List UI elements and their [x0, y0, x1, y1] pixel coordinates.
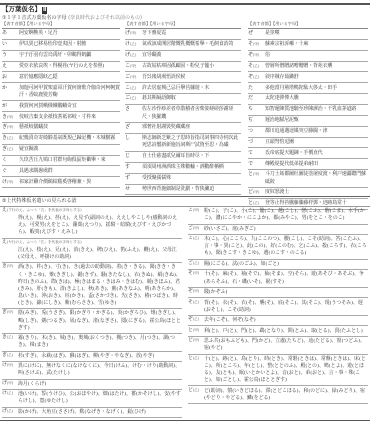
- kana-cell: ご(甲): [125, 74, 142, 81]
- kana-subtype: (甲): [193, 208, 199, 212]
- entry-words: 得(え)、榎(え)、荏(え)、え見ず(副詞のえ)、ええしやこしや(感動詞のええ)…: [2, 215, 182, 236]
- kana-cell: こ(甲): [125, 63, 142, 70]
- kana-label: さ: [125, 106, 130, 112]
- character-list: 蘇素宗祖泝噸・十麻: [265, 41, 368, 48]
- character-list: 疑宜擬義: [19, 146, 120, 153]
- entry-line: ど(乙)ど(助詞)、憤(いきどほる)、滞(とどこほる)、和(のどに)、緑(みどり…: [188, 388, 368, 402]
- kana-cell: す: [125, 164, 142, 171]
- kana-cell: こ(乙): [125, 85, 142, 92]
- word-entry: ぞ(乙)去年(こぞ)、何ぞ(なぞ): [188, 316, 368, 326]
- kana-subtype: (乙): [193, 317, 199, 321]
- table-row: じ自士仕慈盡貳兒爾耳旨時尽・下: [125, 152, 241, 163]
- kana-label: づ: [248, 139, 253, 145]
- kana-label: て: [248, 150, 253, 156]
- kana-label: う: [2, 52, 7, 58]
- kana-subtype: (甲): [130, 75, 136, 79]
- kana-cell: て: [248, 150, 265, 157]
- kana-subtype: (乙): [253, 201, 259, 205]
- kana-cell: と(甲): [248, 171, 265, 186]
- entry-words: 池(いけ)、誓(うけひ)、公(おほやけ)、畑(はたけ)、蓄(かそけし)、安(やす…: [18, 391, 182, 405]
- kana-cell: け(甲): [2, 179, 19, 186]
- entry-words: 思ふ共(おもふども)、門(かど)、立處(たちど)、辿(たどる)、窗(つどふ)、宿…: [204, 338, 368, 352]
- kana-cell: ぞ(乙): [248, 74, 265, 81]
- kana-subtype: (ヤ行のえ。ふつう「江」を代表の字母とする): [7, 240, 82, 244]
- kana-subtype: (甲): [7, 180, 13, 184]
- kana-cell: た: [248, 85, 265, 92]
- character-list: 佐左沙作紗差者草散積者舍柴娑嵯磋莎謝瑳尺・狭羅鐖: [142, 106, 241, 121]
- kana-subtype: (甲): [253, 190, 259, 194]
- character-list: 曾層所僧贈諸噌贈贈・背苑衣襲: [265, 63, 368, 70]
- table-row: く久玖苦丘九鳩口君群句絢俱區矩衢擧・來: [2, 156, 120, 167]
- entry-heading: ど(乙): [188, 388, 204, 402]
- table-row: ぜ是筮噬: [248, 29, 368, 40]
- entry-line: ぎ(乙)杉(すぎ)、永萩(はぎ)、蘇(はぎ)、柳(やぎ・やなぎ)、放(やぎ): [2, 353, 182, 360]
- entry-heading: け(甲): [2, 363, 18, 377]
- kana-subtype: (乙): [130, 42, 136, 46]
- character-list: 都川追通邁途媒突豆藤闘・津: [265, 128, 368, 135]
- kana-cell: ず: [125, 175, 142, 182]
- entry-line: そ(乙)背(そ)、衣(そ)、衣(そ)、襲(そ)、底(そこ)、其(そこ)、現(うつ…: [188, 300, 368, 314]
- character-list: 許去居虚興己忌巨擧莒據遊・木: [142, 85, 241, 92]
- kana-label: ぜ: [248, 30, 253, 36]
- entry-words: 賤(かぞふ): [204, 289, 368, 296]
- character-list: 豆頭弩豹逗團: [265, 139, 368, 146]
- kana-subtype: (甲): [7, 310, 13, 314]
- character-list: 多他當丹黨塔鴨陀駄大侈太・田手: [265, 85, 368, 92]
- kana-label: ず: [125, 175, 130, 181]
- table1-column-2: 【表す音節】【用いる字母】 げ(甲)牙下雅夏霓け(乙)氣戒該成開居階慨乳概慨希擧…: [125, 21, 241, 195]
- entry-heading: ぎ(乙): [2, 353, 18, 360]
- word-entry: え(ア行のえ。ふつう「衣」を代表の字母とする)得(え)、榎(え)、荏(え)、え見…: [2, 207, 182, 239]
- kana-cell: ぜ: [248, 30, 265, 37]
- kana-subtype: (乙): [193, 388, 199, 392]
- entry-heading: け(乙): [2, 391, 18, 405]
- table-row: し斯志師新芝紫之子思時旨指司詞事四寺伺次此死思詩璽新新施旨詞斯尸試資至思・為礒: [125, 134, 241, 152]
- table-row: だ太陀達彈憚大騰: [248, 94, 368, 105]
- kana-cell: あ: [2, 30, 19, 37]
- kana-cell: ぞ(甲): [248, 52, 265, 59]
- entry-heading: げ(乙): [2, 409, 18, 416]
- kana-label: ぢ: [248, 117, 253, 123]
- dictionary-page: 【万葉仮名】Ⅱ ①１字１音式万葉仮名の字母 (奈良時代およびそれ以前のもの) 【…: [0, 0, 370, 426]
- word-entry: け(甲)異に(けに)、無けなくに(なけなくに)、今日(けふ)、けむ・けり(助動詞…: [2, 362, 182, 380]
- character-list: 遲治地膩尼泥甄: [265, 117, 368, 124]
- table-row: ぞ(乙)敍序賊存茹鋤舒: [248, 72, 368, 83]
- kana-label: が: [2, 103, 7, 109]
- table2-left-column: え(ア行のえ。ふつう「衣」を代表の字母とする)得(え)、榎(え)、荏(え)、え見…: [2, 207, 182, 418]
- kana-cell: で: [248, 161, 265, 168]
- character-list: 牙下雅夏霓: [142, 30, 241, 37]
- entry-heading: こ(乙): [188, 236, 204, 257]
- table-row: ぎ(乙)疑宜擬義: [2, 145, 120, 156]
- section-2-heading: ②上代特殊仮名遣いの見られる語: [2, 198, 76, 205]
- kana-label: だ: [248, 95, 253, 101]
- table-row: づ豆頭弩豹逗團: [248, 138, 368, 149]
- word-entry: ど(甲)思ふ共(おもふども)、門(かど)、立處(たちど)、辿(たどる)、窗(つど…: [188, 337, 368, 355]
- kana-subtype: (甲): [193, 328, 199, 332]
- column-header: 【表す音節】【用いる字母】: [248, 21, 368, 29]
- entry-heading: ど(甲): [188, 338, 204, 352]
- entry-heading: ぞ(甲): [188, 289, 204, 296]
- character-list: 紀幾貴奇寄綺騎基氣既規己歸記機・木城樹霧: [19, 135, 120, 142]
- top-rule: [0, 3, 370, 5]
- entry-words: 海月(くらげ): [18, 381, 182, 388]
- entry-line: こ(甲)粉(こ)、子(こ)、小(こ)、籠(こ)、越(こし)、戀(こふ)、駒(こま…: [188, 208, 368, 222]
- table-row: ど(甲)度奴怒渡土: [248, 188, 368, 199]
- table-row: ぞ(甲)俗: [248, 51, 368, 62]
- entry-words: 十(そ)、麻(そ)、袖(そで)、杣(そま)、空(そら)、遊(あそび・あそぶ)、争…: [204, 271, 368, 285]
- character-list: 意於憶應隱飫乙隠: [19, 74, 120, 81]
- table-row: ご(甲)吾呉後胡虞悟誤侯候: [125, 72, 241, 83]
- entry-heading: き(甲): [2, 264, 18, 307]
- entry-line: け(甲)異に(けに)、無けなくに(なけなくに)、今日(けふ)、けむ・けり(助動詞…: [2, 363, 182, 377]
- kana-label: く: [2, 157, 7, 163]
- table-row: お意於憶應隱飫乙隠: [2, 72, 120, 83]
- entry-words: 杉(すぎ)、永萩(はぎ)、蘇(はぎ)、柳(やぎ・やなぎ)、放(やぎ): [18, 353, 182, 360]
- table-row: た多他當丹黨塔鴨陀駄大侈太・田手: [248, 83, 368, 94]
- entry-line: こ(乙)木(こ)、心(こころ)、九(ここのつ)、腰(こし)、こそ(助詞)、答(こ…: [188, 236, 368, 257]
- character-list: 久玖苦丘九鳩口君群句絢俱區矩衢擧・來: [19, 157, 120, 164]
- table-row: で傳殿堤提代低弟提弟耐田: [248, 159, 368, 170]
- kana-label: ぐ: [2, 168, 7, 174]
- entry-line: ご(乙)閥(にごる)、試(のごふ)、如(ごと): [188, 261, 368, 268]
- kana-subtype: (乙): [7, 147, 13, 151]
- character-list: 阿安婀鞅英・足吾: [19, 30, 120, 37]
- title-text: 【万葉仮名】: [2, 5, 41, 13]
- entry-words: 砂(いさご)、庭(みぎご): [204, 226, 368, 233]
- word-entry: と(乙)十(と)、跡(と)、鳥(とり)、時(とき)、常磐(ときは)、常盤(ときは…: [188, 355, 368, 387]
- kana-cell: げ(乙): [125, 52, 142, 59]
- kana-cell: か: [2, 85, 19, 100]
- table-row: き(乙)紀幾貴奇寄綺騎基氣既規己歸記機・木城樹霧: [2, 134, 120, 145]
- kana-cell: ぢ: [248, 117, 265, 124]
- kana-cell: げ(甲): [125, 30, 142, 37]
- kana-label: い: [2, 41, 7, 47]
- character-list: 宇于汙羽有雲烏禹紆・卯鵜得飢鸕: [19, 52, 120, 59]
- kana-cell: じ: [125, 153, 142, 160]
- kana-subtype: (甲): [130, 64, 136, 68]
- table-row: ず受授聚孺儒殊: [125, 174, 241, 185]
- word-entry: ご(甲)砂(いさご)、庭(みぎご): [188, 225, 368, 235]
- table-row: う宇于汙羽有雲烏禹紆・卯鵜得飢鸕: [2, 51, 120, 62]
- kana-cell: き(甲): [2, 114, 19, 121]
- entry-line: と(乙)十(と)、跡(と)、鳥(とり)、時(とき)、常磐(ときは)、常盤(ときは…: [188, 356, 368, 384]
- kana-label: せ: [125, 186, 130, 192]
- table-row: げ(乙)宜导礙義: [125, 51, 241, 62]
- kana-subtype: (甲): [7, 115, 13, 119]
- entry-heading: ご(甲): [188, 226, 204, 233]
- character-list: 宜导礙義: [142, 52, 241, 59]
- character-list: 祁家計雞介價鷄結谿奚啓稽兼・異: [19, 179, 120, 186]
- table-row: け(甲)祁家計雞介價鷄結谿奚啓稽兼・異: [2, 177, 120, 188]
- kana-label: し: [125, 135, 130, 141]
- kana-label: つ: [248, 128, 253, 134]
- word-entry: こ(乙)木(こ)、心(こころ)、九(ここのつ)、腰(こし)、こそ(助詞)、答(こ…: [188, 235, 368, 260]
- character-list: 須須周州洲酒珠主殊數輸・酒數酢栖栖: [142, 164, 241, 171]
- character-list: 我賀何河賀峨俄餓鵝蛾奇宜: [19, 103, 120, 110]
- divider: [0, 196, 370, 197]
- kana-subtype: (乙): [193, 236, 199, 240]
- word-entry: け(乙)池(いけ)、誓(うけひ)、公(おほやけ)、畑(はたけ)、蓄(かそけし)、…: [2, 390, 182, 408]
- kana-subtype: (乙): [7, 409, 13, 413]
- table-row: そ(乙)曾層所僧贈諸噌贈贈・背苑衣襲: [248, 62, 368, 73]
- entry-words: 背(そ)、衣(そ)、衣(そ)、襲(そ)、底(そこ)、其(そこ)、現(うつそみ)、…: [204, 300, 368, 314]
- character-list: 愛亞衣依哀埃・得榎荏(ヤ行のえを参照): [19, 63, 120, 70]
- table-row: が我賀何河賀峨俄餓鵝蛾奇宜: [2, 101, 120, 112]
- entry-words: 陰(みぎ)、兎(うさぎ)、限(かぎり・かぎる)、炎(かぎろひ)、雉(きぎし)、鴫…: [18, 310, 182, 331]
- kana-cell: え: [2, 63, 19, 70]
- character-list: 敍序賊存茹鋤舒: [265, 74, 368, 81]
- entry-line: そ(甲)十(そ)、麻(そ)、袖(そで)、杣(そま)、空(そら)、遊(あそび・あそ…: [188, 271, 368, 285]
- table-row: げ(甲)牙下雅夏霓: [125, 29, 241, 40]
- entry-line: ど(甲)思ふ共(おもふども)、門(かど)、立處(たちど)、辿(たどる)、窗(つど…: [188, 338, 368, 352]
- table-row: ち知智遲陳質池馳至珍陳謬治・千乳血茅道路: [248, 105, 368, 116]
- table-row: て氐帝底提天題錬・手價直代: [248, 148, 368, 159]
- table1-column-1: 【表す音節】【用いる字母】 あ阿安婀鞅英・足吾い伊以異已移易怡印壹夷因・射膽う宇…: [2, 21, 120, 188]
- kana-cell: お: [2, 74, 19, 81]
- word-entry: こ(甲)粉(こ)、子(こ)、小(こ)、籠(こ)、越(こし)、戀(こふ)、駒(こま…: [188, 207, 368, 225]
- word-entry: ぞ(甲)賤(かぞふ): [188, 288, 368, 298]
- kana-label: た: [248, 85, 253, 91]
- character-list: 自士仕慈盡貳兒爾耳旨時尽・下: [142, 153, 241, 160]
- kana-subtype: (乙): [7, 353, 13, 357]
- kana-subtype: (甲): [253, 42, 259, 46]
- entry-words: 粉(こ)、子(こ)、小(こ)、籠(こ)、越(こし)、戀(こふ)、駒(こま)、水手…: [204, 208, 368, 222]
- kana-label: あ: [2, 30, 7, 36]
- kana-label: で: [248, 161, 253, 167]
- word-entry: そ(甲)十(そ)、麻(そ)、袖(そで)、杣(そま)、空(そら)、遊(あそび・あそ…: [188, 270, 368, 288]
- table-row: ざ邪奢社射謝裝奘藏藏座: [125, 123, 241, 134]
- table-row: せ勢世西背施細制是洗劃・背狭瀨迫: [125, 185, 241, 196]
- kana-cell: さ: [125, 106, 142, 121]
- kana-cell: く: [2, 157, 19, 164]
- kana-subtype: (ア行のえ。ふつう「衣」を代表の字母とする): [7, 208, 82, 212]
- entry-words: 十(と)、跡(と)、鳥(とり)、時(とき)、常磐(ときは)、常盤(ときは)、床(…: [204, 356, 368, 384]
- entry-words: 去年(こぞ)、何ぞ(なぞ): [204, 317, 368, 324]
- bottom-rule: [0, 420, 370, 421]
- kana-label: す: [125, 164, 130, 170]
- table-row: す須須周州洲酒珠主殊數輸・酒數酢栖栖: [125, 163, 241, 174]
- table1-column-3: 【表す音節】【用いる字母】 ぜ是筮噬そ(甲)蘇素宗祖泝噸・十麻ぞ(甲)俗そ(乙)…: [248, 21, 368, 210]
- table-row: こ(甲)古故姑枯庫固孤顧固・粉兒子籠小: [125, 62, 241, 73]
- kana-cell: ぐ: [2, 168, 19, 175]
- table-row: つ都川追通邁途媒突豆藤闘・津: [248, 127, 368, 138]
- column-header: 【表す音節】【用いる字母】: [2, 21, 120, 29]
- entry-heading: こ(甲): [188, 208, 204, 222]
- kana-subtype: (甲): [193, 289, 199, 293]
- entry-heading: え(ヤ行のえ。ふつう「江」を代表の字母とする): [2, 240, 182, 247]
- word-entry: ご(乙)閥(にごる)、試(のごふ)、如(ごと): [188, 260, 368, 270]
- kana-subtype: (乙): [193, 356, 199, 360]
- entry-line: ぎ(甲)陰(みぎ)、兎(うさぎ)、限(かぎり・かぎる)、炎(かぎろひ)、雉(きぎ…: [2, 310, 182, 331]
- character-list: 吾呉後胡虞悟誤侯候: [142, 74, 241, 81]
- title-mark: Ⅱ: [42, 7, 47, 14]
- kana-subtype: (甲): [7, 125, 13, 129]
- entry-line: ぞ(甲)賤(かぞふ): [188, 289, 368, 296]
- kana-cell: ご(乙): [125, 95, 142, 102]
- kana-cell: そ(甲): [248, 41, 265, 48]
- kana-cell: ぎ(甲): [2, 124, 19, 131]
- kana-subtype: (乙): [130, 96, 136, 100]
- entry-words: ど(助詞)、憤(いきどほる)、滞(とどこほる)、和(のどに)、緑(みどり)、宿(…: [204, 388, 368, 402]
- kana-cell: づ: [248, 139, 265, 146]
- kana-cell: だ: [248, 95, 265, 102]
- kana-label: え: [2, 63, 7, 69]
- character-list: 俗: [265, 52, 368, 59]
- entry-heading: そ(乙): [188, 300, 204, 314]
- table-row: え愛亞衣依哀埃・得榎荏(ヤ行のえを参照): [2, 62, 120, 73]
- kana-subtype: (乙): [253, 64, 259, 68]
- word-entry: ぎ(乙)杉(すぎ)、永萩(はぎ)、蘇(はぎ)、柳(やぎ・やなぎ)、放(やぎ): [2, 352, 182, 362]
- character-list: 古故姑枯庫固孤顧固・粉兒子籠小: [142, 63, 241, 70]
- word-entry: え(ヤ行のえ。ふつう「江」を代表の字母とする)江(え)、枝(え)、兄(え)、消(…: [2, 239, 182, 264]
- kana-cell: け(乙): [125, 41, 142, 48]
- entry-line: き(乙)霧(きり)、木(き)、城(き)、奥城(おくつき)、槻(つき)、月(つき)…: [2, 335, 182, 349]
- entry-words: 異に(けに)、無けなくに(なけなくに)、今日(けふ)、けむ・けり(助動詞)、叫(…: [18, 363, 182, 377]
- kana-cell: し: [125, 135, 142, 150]
- word-entry: き(乙)霧(きり)、木(き)、城(き)、奥城(おくつき)、槻(つき)、月(つき)…: [2, 334, 182, 352]
- table-row: ご(乙)碁其期凝語御馭: [125, 94, 241, 105]
- character-list: 藝祇岐儀蟻技: [19, 124, 120, 131]
- kana-cell: う: [2, 52, 19, 59]
- kana-label: じ: [125, 153, 130, 159]
- entry-heading: と(乙): [188, 356, 204, 384]
- entry-line: ご(甲)砂(いさご)、庭(みぎご): [188, 226, 368, 233]
- entry-heading: き(乙): [2, 335, 18, 349]
- character-list: 伊以異已移易怡印壹夷因・射膽: [19, 41, 120, 48]
- table-row: け(乙)氣戒該成開居階慨乳概慨希擧・毛飼食消笥: [125, 40, 241, 51]
- character-list: 太陀達彈憚大騰: [265, 95, 368, 102]
- table-row: ぎ(甲)藝祇岐儀蟻技: [2, 123, 120, 134]
- kana-subtype: (甲): [7, 381, 13, 385]
- kana-cell: ざ: [125, 124, 142, 131]
- character-list: 勢世西背施細制是洗劃・背狭瀨迫: [142, 186, 241, 193]
- entry-line: げ(甲)海月(くらげ): [2, 381, 182, 388]
- word-entry: ど(乙)ど(助詞)、憤(いきどほる)、滞(とどこほる)、和(のどに)、緑(みどり…: [188, 386, 368, 404]
- table2-right-column: こ(甲)粉(こ)、子(こ)、小(こ)、籠(こ)、越(こし)、戀(こふ)、駒(こま…: [188, 207, 368, 404]
- character-list: 是筮噬: [265, 30, 368, 37]
- entry-words: 酒(き)、杵(き)、寸(き)、き(過去の助動詞)、着(き・きる)、聞(きき・きく…: [18, 264, 182, 307]
- kana-subtype: (乙): [7, 136, 13, 140]
- character-list: 受授聚孺儒殊: [142, 175, 241, 182]
- kana-subtype: (甲): [130, 31, 136, 35]
- kana-subtype: (甲): [193, 271, 199, 275]
- entry-heading: ぞ(乙): [188, 317, 204, 324]
- entry-words: 利(と)、戸(と)、門(と)、鵡(となり)、問(とふ)、取(とる)、貴(たふとし…: [204, 328, 368, 335]
- kana-cell: せ: [125, 186, 142, 193]
- table-row: ぐ具遇求隅愚虞群: [2, 166, 120, 177]
- table-row: こ(乙)許去居虚興己忌巨擧莒據遊・木: [125, 83, 241, 94]
- character-list: 氐帝底提天題錬・手價直代: [265, 150, 368, 157]
- kana-cell: い: [2, 41, 19, 48]
- kana-cell: が: [2, 103, 19, 110]
- word-entry: き(甲)酒(き)、杵(き)、寸(き)、き(過去の助動詞)、着(き・きる)、聞(き…: [2, 263, 182, 309]
- kana-subtype: (乙): [193, 261, 199, 265]
- kana-cell: そ(乙): [248, 63, 265, 70]
- character-list: 斯志師新芝紫之子思時旨指司詞事四寺伺次此死思詩璽新新施旨詞斯尸試資至思・為礒: [142, 135, 241, 150]
- character-list: 氣戒該成開居階慨乳概慨希擧・毛飼食消笥: [142, 41, 241, 48]
- kana-subtype: (甲): [7, 363, 13, 367]
- kana-label: か: [2, 85, 7, 91]
- table-row: さ佐左沙作紗差者草散積者舍柴娑嵯磋莎謝瑳尺・狭羅鐖: [125, 105, 241, 123]
- kana-subtype: (甲): [253, 53, 259, 57]
- entry-words: 閥(にごる)、試(のごふ)、如(ごと): [204, 261, 368, 268]
- kana-subtype: (甲): [253, 172, 259, 176]
- kana-subtype: (乙): [130, 53, 136, 57]
- table-row: と(甲)斗刀土妬都圖杜圖徒塗屠度渡・利戸速疆聰門蘇砥鉸: [248, 170, 368, 188]
- word-entry: げ(乙)影(かげ)、大角豆(ささげ)、歎(なげき・なげく)、髭(ひげ): [2, 408, 182, 418]
- table-row: あ阿安婀鞅英・足吾: [2, 29, 120, 40]
- character-list: 具遇求隅愚虞群: [19, 168, 120, 175]
- entry-heading: ご(乙): [188, 261, 204, 268]
- kana-cell: つ: [248, 128, 265, 135]
- entry-line: と(甲)利(と)、戸(と)、門(と)、鵡(となり)、問(とふ)、取(とる)、貴(…: [188, 328, 368, 335]
- entry-heading: げ(甲): [2, 381, 18, 388]
- table-row: い伊以異已移易怡印壹夷因・射膽: [2, 40, 120, 51]
- kana-label: ざ: [125, 124, 130, 130]
- kana-label: お: [2, 74, 7, 80]
- entry-words: 影(かげ)、大角豆(ささげ)、歎(なげき・なげく)、髭(ひげ): [18, 409, 182, 416]
- table-row: き(甲)伎岐吉棄支企祇枝耆祗祁岐・寸杵來: [2, 112, 120, 123]
- character-list: 邪奢社射謝裝奘藏藏座: [142, 124, 241, 131]
- entry-words: 霧(きり)、木(き)、城(き)、奥城(おくつき)、槻(つき)、月(つき)、調(つ…: [18, 335, 182, 349]
- character-list: 知智遲陳質池馳至珍陳謬治・千乳血茅道路: [265, 106, 368, 113]
- word-entry: と(甲)利(と)、戸(と)、門(と)、鵡(となり)、問(とふ)、取(とる)、貴(…: [188, 326, 368, 336]
- kana-subtype: (乙): [253, 75, 259, 79]
- entry-line: ぞ(乙)去年(こぞ)、何ぞ(なぞ): [188, 317, 368, 324]
- entry-words: 木(こ)、心(こころ)、九(ここのつ)、腰(こし)、こそ(助詞)、答(こたふ)、…: [204, 236, 368, 257]
- table-row: ぢ遲治地膩尼泥甄: [248, 116, 368, 127]
- kana-cell: ぎ(乙): [2, 146, 19, 153]
- kana-subtype: (乙): [193, 300, 199, 304]
- word-entry: げ(甲)海月(くらげ): [2, 380, 182, 390]
- entry-words: 江(え)、枝(え)、兄(え)、消(きえ)、稗(ひえ)、笛(ふえ)、鞭(え)、父母…: [2, 247, 182, 261]
- character-list: 碁其期凝語御馭: [142, 95, 241, 102]
- page-title: 【万葉仮名】Ⅱ: [2, 5, 47, 14]
- entry-heading: そ(甲): [188, 271, 204, 285]
- kana-subtype: (甲): [7, 264, 13, 268]
- column-header: 【表す音節】【用いる字母】: [125, 21, 241, 29]
- word-entry: ぎ(甲)陰(みぎ)、兎(うさぎ)、限(かぎり・かぎる)、炎(かぎろひ)、雉(きぎ…: [2, 309, 182, 334]
- entry-heading: ぎ(甲): [2, 310, 18, 331]
- kana-subtype: (乙): [7, 391, 13, 395]
- entry-line: け(乙)池(いけ)、誓(うけひ)、公(おほやけ)、畑(はたけ)、蓄(かそけし)、…: [2, 391, 182, 405]
- kana-subtype: (乙): [7, 335, 13, 339]
- character-list: 傳殿堤提代低弟提弟耐田: [265, 161, 368, 168]
- kana-subtype: (乙): [130, 86, 136, 90]
- kana-subtype: (甲): [193, 226, 199, 230]
- entry-line: げ(乙)影(かげ)、大角豆(ささげ)、歎(なげき・なげく)、髭(ひげ): [2, 409, 182, 416]
- kana-subtype: (甲): [193, 338, 199, 342]
- table-row: か加迦可訶甲賀架嘉哥汗賀何箇歌介伽奇河柯軻賀汗・香蚊鹿髪芳鞠: [2, 83, 120, 101]
- character-list: 斗刀土妬都圖杜圖徒塗屠度渡・利戸速疆聰門蘇砥鉸: [265, 171, 368, 186]
- kana-label: ち: [248, 106, 253, 112]
- entry-line: き(甲)酒(き)、杵(き)、寸(き)、き(過去の助動詞)、着(き・きる)、聞(き…: [2, 264, 182, 307]
- character-list: 加迦可訶甲賀架嘉哥汗賀何箇歌介伽奇河柯軻賀汗・香蚊鹿髪芳鞠: [19, 85, 120, 100]
- word-entry: そ(乙)背(そ)、衣(そ)、衣(そ)、襲(そ)、底(そこ)、其(そこ)、現(うつ…: [188, 298, 368, 316]
- kana-cell: ち: [248, 106, 265, 113]
- entry-heading: と(甲): [188, 328, 204, 335]
- table-row: そ(甲)蘇素宗祖泝噸・十麻: [248, 40, 368, 51]
- kana-cell: き(乙): [2, 135, 19, 142]
- character-list: 伎岐吉棄支企祇枝耆祗祁岐・寸杵來: [19, 114, 120, 121]
